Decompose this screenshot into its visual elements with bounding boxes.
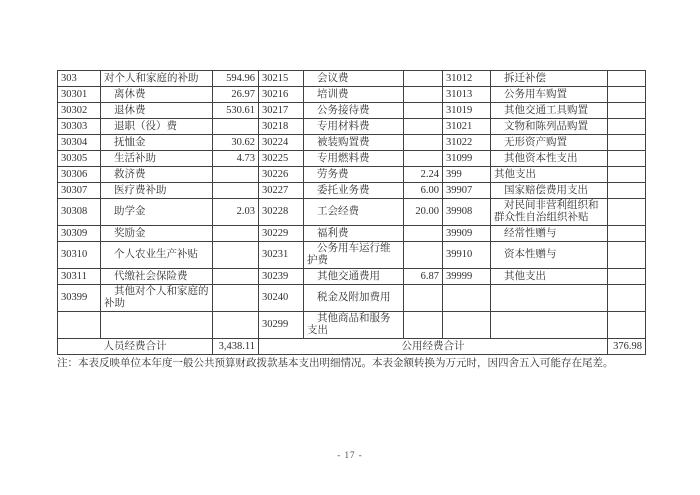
item-name-cell: 培训费 [304, 87, 404, 103]
item-name-cell: 公务用车运行维护费 [304, 242, 404, 269]
amount-cell: 26.97 [213, 87, 259, 103]
item-name-cell: 其他交通费用 [304, 269, 404, 285]
table-totals: 人员经费合计 3,438.11 公用经费合计 376.98 [58, 339, 646, 355]
economic-code-cell: 39909 [443, 226, 491, 242]
item-name-cell: 其他商品和服务支出 [304, 312, 404, 339]
amount-cell [404, 285, 443, 312]
table-row: 30307医疗费补助30227委托业务费6.0039907国家赔偿费用支出 [58, 183, 646, 199]
public-funds-total-label: 公用经费合计 [259, 339, 608, 355]
table-body: 303对个人和家庭的补助594.9630215会议费31012拆迁补偿30301… [58, 71, 646, 339]
item-name-cell: 退休费 [101, 103, 213, 119]
basic-expenditure-table: 303对个人和家庭的补助594.9630215会议费31012拆迁补偿30301… [57, 70, 646, 355]
table-row: 30301离休费26.9730216培训费31013公务用车购置 [58, 87, 646, 103]
item-name-cell: 代缴社会保险费 [101, 269, 213, 285]
item-name-cell [491, 285, 608, 312]
economic-code-cell: 30240 [259, 285, 304, 312]
economic-code-cell: 30306 [58, 167, 101, 183]
economic-code-cell [443, 285, 491, 312]
item-name-cell: 公务用车购置 [491, 87, 608, 103]
amount-cell [404, 119, 443, 135]
economic-code-cell: 39999 [443, 269, 491, 285]
table-footnote: 注：本表反映单位本年度一般公共预算财政拨款基本支出明细情况。本表金额转换为万元时… [57, 357, 657, 371]
economic-code-cell: 30215 [259, 71, 304, 87]
amount-cell [608, 199, 646, 226]
table-row: 30302退休费530.6130217公务接待费31019其他交通工具购置 [58, 103, 646, 119]
table-row: 30306救济费30226劳务费2.24399其他支出 [58, 167, 646, 183]
amount-cell [608, 71, 646, 87]
table-row: 303对个人和家庭的补助594.9630215会议费31012拆迁补偿 [58, 71, 646, 87]
amount-cell [608, 226, 646, 242]
item-name-cell: 对民间非营利组织和群众性自治组织补贴 [491, 199, 608, 226]
amount-cell: 4.73 [213, 151, 259, 167]
table-row: 30304抚恤金30.6230224被装购置费31022无形资产购置 [58, 135, 646, 151]
economic-code-cell: 39910 [443, 242, 491, 269]
amount-cell [213, 285, 259, 312]
economic-code-cell: 39908 [443, 199, 491, 226]
table-row: 30311代缴社会保险费30239其他交通费用6.8739999其他支出 [58, 269, 646, 285]
amount-cell: 6.87 [404, 269, 443, 285]
item-name-cell [491, 312, 608, 339]
item-name-cell: 税金及附加费用 [304, 285, 404, 312]
table-row: 30399其他对个人和家庭的补助30240税金及附加费用 [58, 285, 646, 312]
item-name-cell: 其他支出 [491, 167, 608, 183]
personnel-total-label: 人员经费合计 [58, 339, 213, 355]
table-row: 30310个人农业生产补贴30231公务用车运行维护费39910资本性赠与 [58, 242, 646, 269]
amount-cell [404, 135, 443, 151]
item-name-cell: 其他资本性支出 [491, 151, 608, 167]
item-name-cell: 对个人和家庭的补助 [101, 71, 213, 87]
item-name-cell: 助学金 [101, 199, 213, 226]
table-row: 30309奖励金30229福利费39909经常性赠与 [58, 226, 646, 242]
amount-cell: 2.24 [404, 167, 443, 183]
item-name-cell: 其他支出 [491, 269, 608, 285]
amount-cell [404, 242, 443, 269]
item-name-cell: 生活补助 [101, 151, 213, 167]
item-name-cell: 其他交通工具购置 [491, 103, 608, 119]
economic-code-cell: 30239 [259, 269, 304, 285]
amount-cell [608, 135, 646, 151]
economic-code-cell: 30309 [58, 226, 101, 242]
amount-cell [213, 242, 259, 269]
amount-cell [213, 167, 259, 183]
totals-row: 人员经费合计 3,438.11 公用经费合计 376.98 [58, 339, 646, 355]
item-name-cell: 个人农业生产补贴 [101, 242, 213, 269]
economic-code-cell [58, 312, 101, 339]
amount-cell [608, 119, 646, 135]
economic-code-cell: 303 [58, 71, 101, 87]
amount-cell [608, 312, 646, 339]
item-name-cell: 工会经费 [304, 199, 404, 226]
economic-code-cell: 30226 [259, 167, 304, 183]
amount-cell [608, 242, 646, 269]
item-name-cell: 会议费 [304, 71, 404, 87]
economic-code-cell: 30301 [58, 87, 101, 103]
item-name-cell [101, 312, 213, 339]
amount-cell [608, 183, 646, 199]
amount-cell: 530.61 [213, 103, 259, 119]
item-name-cell: 离休费 [101, 87, 213, 103]
item-name-cell: 资本性赠与 [491, 242, 608, 269]
economic-code-cell: 31012 [443, 71, 491, 87]
economic-code-cell: 30227 [259, 183, 304, 199]
item-name-cell: 专用燃料费 [304, 151, 404, 167]
item-name-cell: 无形资产购置 [491, 135, 608, 151]
personnel-total-amount: 3,438.11 [213, 339, 259, 355]
item-name-cell: 文物和陈列品购置 [491, 119, 608, 135]
economic-code-cell: 30304 [58, 135, 101, 151]
economic-code-cell: 39907 [443, 183, 491, 199]
amount-cell [608, 151, 646, 167]
economic-code-cell: 30228 [259, 199, 304, 226]
amount-cell: 2.03 [213, 199, 259, 226]
economic-code-cell: 30216 [259, 87, 304, 103]
document-page: 303对个人和家庭的补助594.9630215会议费31012拆迁补偿30301… [0, 0, 700, 495]
amount-cell [404, 226, 443, 242]
item-name-cell: 被装购置费 [304, 135, 404, 151]
table-row: 30303退职（役）费30218专用材料费31021文物和陈列品购置 [58, 119, 646, 135]
amount-cell [404, 103, 443, 119]
amount-cell [213, 183, 259, 199]
economic-code-cell: 30218 [259, 119, 304, 135]
table-row: 30305生活补助4.7330225专用燃料费31099其他资本性支出 [58, 151, 646, 167]
economic-code-cell: 30307 [58, 183, 101, 199]
amount-cell: 594.96 [213, 71, 259, 87]
economic-code-cell [443, 312, 491, 339]
economic-code-cell: 31019 [443, 103, 491, 119]
amount-cell [213, 226, 259, 242]
economic-code-cell: 31021 [443, 119, 491, 135]
amount-cell [608, 167, 646, 183]
economic-code-cell: 30310 [58, 242, 101, 269]
table-row: 30299其他商品和服务支出 [58, 312, 646, 339]
amount-cell [404, 71, 443, 87]
economic-code-cell: 30299 [259, 312, 304, 339]
public-funds-total-amount: 376.98 [608, 339, 646, 355]
table-row: 30308助学金2.0330228工会经费20.0039908对民间非营利组织和… [58, 199, 646, 226]
economic-code-cell: 30224 [259, 135, 304, 151]
economic-code-cell: 31013 [443, 87, 491, 103]
amount-cell: 30.62 [213, 135, 259, 151]
economic-code-cell: 30231 [259, 242, 304, 269]
page-number: - 17 - [0, 450, 700, 460]
amount-cell [213, 269, 259, 285]
economic-code-cell: 30305 [58, 151, 101, 167]
economic-code-cell: 30311 [58, 269, 101, 285]
amount-cell [213, 312, 259, 339]
economic-code-cell: 31022 [443, 135, 491, 151]
item-name-cell: 拆迁补偿 [491, 71, 608, 87]
item-name-cell: 劳务费 [304, 167, 404, 183]
amount-cell [404, 312, 443, 339]
item-name-cell: 专用材料费 [304, 119, 404, 135]
item-name-cell: 退职（役）费 [101, 119, 213, 135]
economic-code-cell: 30303 [58, 119, 101, 135]
item-name-cell: 委托业务费 [304, 183, 404, 199]
economic-code-cell: 30225 [259, 151, 304, 167]
amount-cell: 6.00 [404, 183, 443, 199]
economic-code-cell: 30308 [58, 199, 101, 226]
amount-cell [608, 103, 646, 119]
amount-cell [608, 285, 646, 312]
economic-code-cell: 30217 [259, 103, 304, 119]
item-name-cell: 抚恤金 [101, 135, 213, 151]
amount-cell [404, 87, 443, 103]
item-name-cell: 公务接待费 [304, 103, 404, 119]
amount-cell [608, 269, 646, 285]
economic-code-cell: 30399 [58, 285, 101, 312]
amount-cell [608, 87, 646, 103]
item-name-cell: 救济费 [101, 167, 213, 183]
item-name-cell: 医疗费补助 [101, 183, 213, 199]
item-name-cell: 其他对个人和家庭的补助 [101, 285, 213, 312]
economic-code-cell: 31099 [443, 151, 491, 167]
economic-code-cell: 30229 [259, 226, 304, 242]
economic-code-cell: 30302 [58, 103, 101, 119]
item-name-cell: 经常性赠与 [491, 226, 608, 242]
amount-cell: 20.00 [404, 199, 443, 226]
item-name-cell: 国家赔偿费用支出 [491, 183, 608, 199]
amount-cell [404, 151, 443, 167]
item-name-cell: 福利费 [304, 226, 404, 242]
item-name-cell: 奖励金 [101, 226, 213, 242]
amount-cell [213, 119, 259, 135]
economic-code-cell: 399 [443, 167, 491, 183]
